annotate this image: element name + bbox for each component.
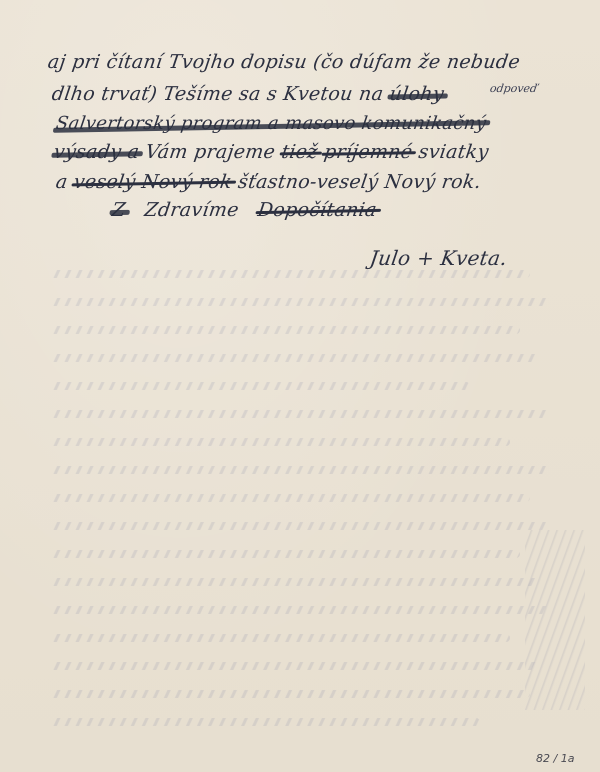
show-through-handwriting [30,250,590,750]
struck-segment: výsady a [52,140,141,164]
struck-segment: veselý Nový rok [72,170,233,194]
letter-line-1: aj pri čítaní Tvojho dopisu (čo dúfam že… [46,50,521,74]
text-segment: Zdravíme [124,199,259,221]
letter-closing: Z Zdravíme Dopočítania [110,198,378,222]
text-segment: Vám prajeme [138,141,283,163]
struck-segment: príjemné [322,140,414,164]
struck-segment: úlohy [388,82,446,106]
text-segment: šťastno-veselý Nový rok. [230,171,482,193]
letter-line-4: výsady a Vám prajeme tiež príjemné sviat… [52,140,490,164]
signature-text: Julo + Kveta. [368,246,508,270]
signature: Julo + Kveta. [368,246,508,270]
text-segment: aj pri čítaní Tvojho dopisu (čo dúfam že… [46,51,521,73]
letter-page: aj pri čítaní Tvojho dopisu (čo dúfam že… [0,0,600,772]
text-segment: dlho trvať) Tešíme sa s Kvetou na [50,83,391,105]
struck-segment: tiež [280,140,320,164]
struck-segment: Salvertorský program a masovo komunikačn… [54,112,488,136]
archive-number: 82 / 1a [536,752,574,765]
letter-line-3: Salvertorský program a masovo komunikačn… [54,112,488,136]
margin-show-through [525,530,585,710]
struck-segment: Dopočítania [256,198,378,222]
letter-line-5: a veselý Nový rok šťastno-veselý Nový ro… [54,170,482,194]
letter-line-2: dlho trvať) Tešíme sa s Kvetou na úlohy [50,82,445,106]
text-segment: sviatky [411,141,490,163]
struck-segment: Z [110,198,127,222]
inserted-word: odpoveď [489,82,538,95]
